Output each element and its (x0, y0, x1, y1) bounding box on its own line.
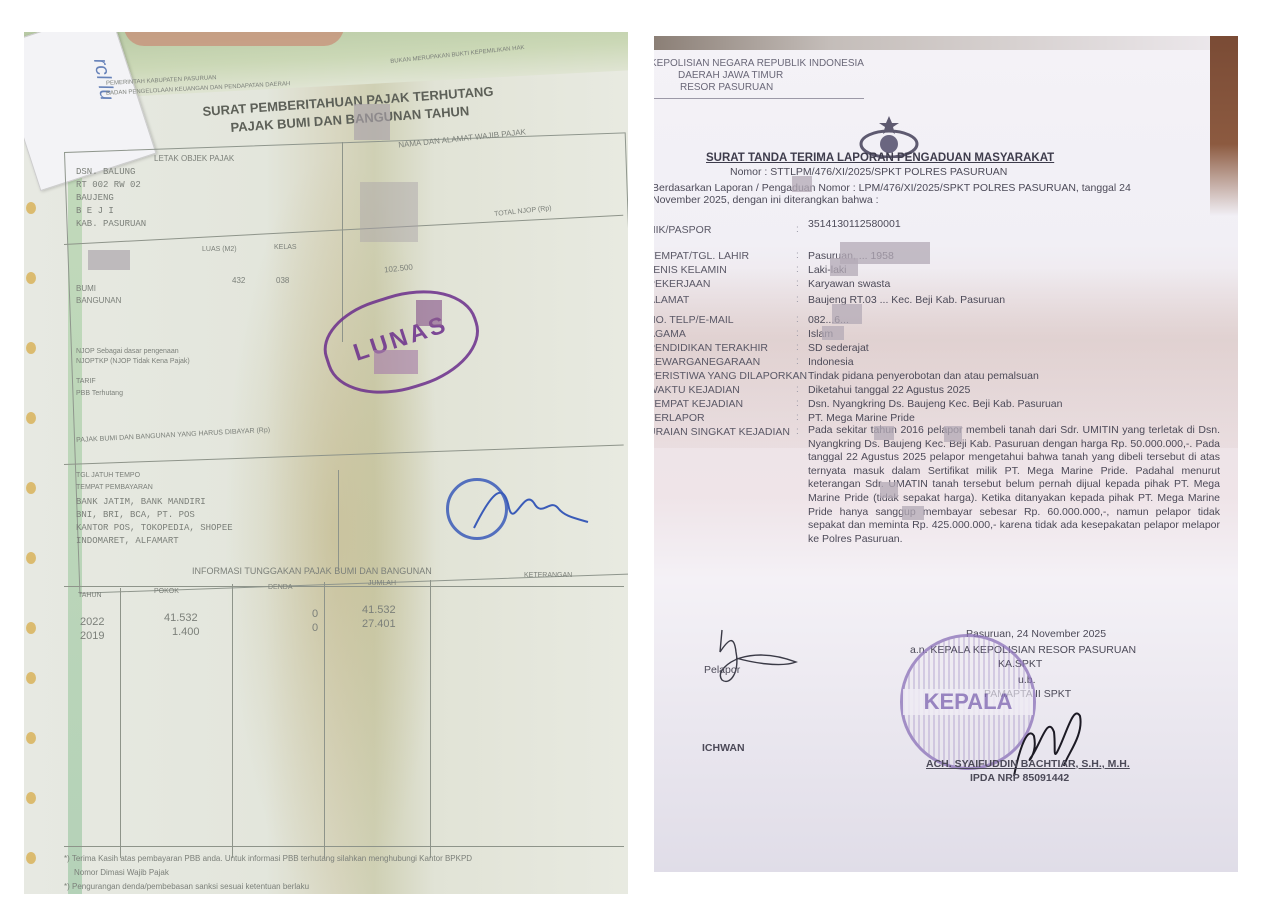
field-label: KEWARGANEGARAAN (654, 356, 760, 368)
payment-place-label: TEMPAT PEMBAYARAN (76, 484, 153, 491)
header-line-3: RESOR PASURUAN (680, 82, 773, 93)
arrears-jumlah: 41.532 (362, 604, 396, 616)
header-line-1: KEPOLISIAN NEGARA REPUBLIK INDONESIA (654, 58, 864, 69)
payment-place-line: KANTOR POS, TOKOPEDIA, SHOPEE (76, 522, 233, 535)
field-value: SD sederajat (808, 342, 869, 354)
field-label: TERLAPOR (654, 412, 705, 424)
payment-place-line: BANK JATIM, BANK MANDIRI (76, 496, 233, 509)
arrears-year: 2019 (80, 630, 104, 642)
divider (64, 586, 624, 587)
background-object (124, 32, 344, 46)
divider (430, 580, 431, 858)
redaction (832, 304, 862, 324)
njoptkp-label: NJOPTKP (NJOP Tidak Kena Pajak) (76, 358, 190, 365)
tax-notice-photo: rcl lu PEMERINTAH KABUPATEN PASURUAN BAD… (24, 32, 628, 894)
footnote-2: Nomor Dimasi Wajib Pajak (74, 868, 169, 877)
report-number: Nomor : STTLPM/476/XI/2025/SPKT POLRES P… (730, 166, 1007, 178)
divider (342, 142, 343, 342)
arrears-denda: 0 (312, 608, 318, 620)
field-colon: : (796, 398, 799, 409)
divider (64, 846, 624, 847)
field-colon: : (796, 384, 799, 395)
field-colon: : (796, 294, 799, 305)
bumi-kelas: 038 (276, 276, 289, 285)
field-value: Karyawan swasta (808, 278, 890, 290)
intro-line-1: Berdasarkan Laporan / Pengaduan Nomor : … (654, 182, 1131, 194)
field-colon: : (796, 342, 799, 353)
field-colon: : (796, 356, 799, 367)
report-title: SURAT TANDA TERIMA LAPORAN PENGADUAN MAS… (706, 152, 1054, 164)
address-line: BAUJENG (76, 192, 146, 205)
due-date-label: TGL JATUH TEMPO (76, 472, 140, 479)
incident-summary: Pada sekitar tahun 2016 pelapor membeli … (808, 424, 1220, 546)
arrears-col-jumlah: JUMLAH (368, 580, 396, 587)
redaction (822, 326, 844, 340)
redaction (830, 258, 858, 276)
footnote-3: *) Pengurangan denda/pembebasan sanksi s… (64, 882, 309, 891)
divider (338, 470, 339, 570)
col-kelas: KELAS (274, 244, 297, 251)
redaction (88, 250, 130, 270)
field-label: JENIS KELAMIN (654, 264, 727, 276)
arrears-pokok: 1.400 (172, 626, 200, 638)
field-value: Dsn. Nyangkring Ds. Baujeng Kec. Beji Ka… (808, 398, 1062, 410)
field-label: PENDIDIKAN TERAKHIR (654, 342, 768, 354)
address-line: RT 002 RW 02 (76, 179, 146, 192)
payment-places: BANK JATIM, BANK MANDIRI BNI, BRI, BCA, … (76, 496, 233, 548)
blue-signature (464, 478, 594, 538)
field-colon: : (796, 370, 799, 381)
arrears-jumlah: 27.401 (362, 618, 396, 630)
bumi-luas: 432 (232, 276, 245, 285)
field-colon: : (796, 426, 799, 437)
redaction (792, 176, 812, 192)
field-colon: : (796, 278, 799, 289)
officer-name: ACH. SYAIFUDDIN BACHTIAR, S.H., M.H. (926, 758, 1130, 770)
field-colon: : (796, 314, 799, 325)
field-label: ALAMAT (654, 294, 689, 306)
divider (324, 582, 325, 858)
field-label: AGAMA (654, 328, 686, 340)
arrears-year: 2022 (80, 616, 104, 628)
field-value: Diketahui tanggal 22 Agustus 2025 (808, 384, 970, 396)
payment-place-line: BNI, BRI, BCA, PT. POS (76, 509, 233, 522)
row-bumi: BUMI (76, 284, 96, 293)
field-label: NIK/PASPOR (654, 224, 711, 236)
arrears-col-year: TAHUN (78, 592, 102, 599)
redaction (360, 182, 418, 242)
field-value: 3514130112580001 (808, 218, 901, 230)
object-address: DSN. BALUNG RT 002 RW 02 BAUJENG B E J I… (76, 166, 146, 231)
reporter-signature (710, 622, 800, 692)
field-colon: : (796, 224, 799, 235)
divider (232, 584, 233, 858)
arrears-col-pokok: POKOK (154, 588, 179, 595)
field-label: PEKERJAAN (654, 278, 710, 290)
photo-edge (654, 36, 1238, 50)
reporter-label: Pelapor (704, 664, 740, 676)
redaction (944, 426, 962, 442)
field-colon: : (796, 250, 799, 261)
arrears-title: INFORMASI TUNGGAKAN PAJAK BUMI DAN BANGU… (192, 566, 432, 576)
footnote-1: *) Terima Kasih atas pembayaran PBB anda… (64, 854, 472, 863)
address-line: DSN. BALUNG (76, 166, 146, 179)
field-colon: : (796, 328, 799, 339)
field-label: URAIAN SINGKAT KEJADIAN (654, 426, 790, 438)
redaction (416, 300, 442, 326)
field-label: TEMPAT KEJADIAN (654, 398, 743, 410)
field-value: PT. Mega Marine Pride (808, 412, 915, 424)
arrears-col-keterangan: KETERANGAN (524, 572, 572, 579)
field-value: Tindak pidana penyerobotan dan atau pema… (808, 370, 1039, 382)
police-report-photo: KEPOLISIAN NEGARA REPUBLIK INDONESIA DAE… (654, 36, 1238, 872)
divider (120, 588, 121, 858)
header-line-2: DAERAH JAWA TIMUR (678, 70, 783, 81)
payment-place-line: INDOMARET, ALFAMART (76, 535, 233, 548)
section-object-location: LETAK OBJEK PAJAK (154, 154, 234, 163)
redaction (354, 104, 390, 140)
header-rule (654, 98, 864, 99)
arrears-col-denda: DENDA (268, 584, 293, 591)
pbb-terhutang-label: PBB Terhutang (76, 390, 123, 397)
redaction (902, 506, 924, 520)
officer-rank: IPDA NRP 85091442 (970, 772, 1069, 784)
field-colon: : (796, 264, 799, 275)
tarif-label: TARIF (76, 378, 96, 385)
field-label: TEMPAT/TGL. LAHIR (654, 250, 749, 262)
col-luas: LUAS (M2) (202, 246, 237, 253)
njop-basis-label: NJOP Sebagai dasar pengenaan (76, 348, 179, 355)
row-bangunan: BANGUNAN (76, 296, 121, 305)
reporter-name: ICHWAN (702, 742, 745, 754)
arrears-pokok: 41.532 (164, 612, 198, 624)
address-line: KAB. PASURUAN (76, 218, 146, 231)
redaction (880, 482, 898, 498)
field-label: PERISTIWA YANG DILAPORKAN (654, 370, 807, 382)
field-label: NO. TELP/E-MAIL (654, 314, 734, 326)
intro-line-2: November 2025, dengan ini diterangkan ba… (654, 194, 879, 206)
redaction (874, 426, 894, 440)
address-line: B E J I (76, 205, 146, 218)
redaction (374, 350, 418, 374)
field-label: WAKTU KEJADIAN (654, 384, 740, 396)
arrears-denda: 0 (312, 622, 318, 634)
field-colon: : (796, 412, 799, 423)
field-value: Indonesia (808, 356, 854, 368)
table-surface (1210, 36, 1238, 216)
